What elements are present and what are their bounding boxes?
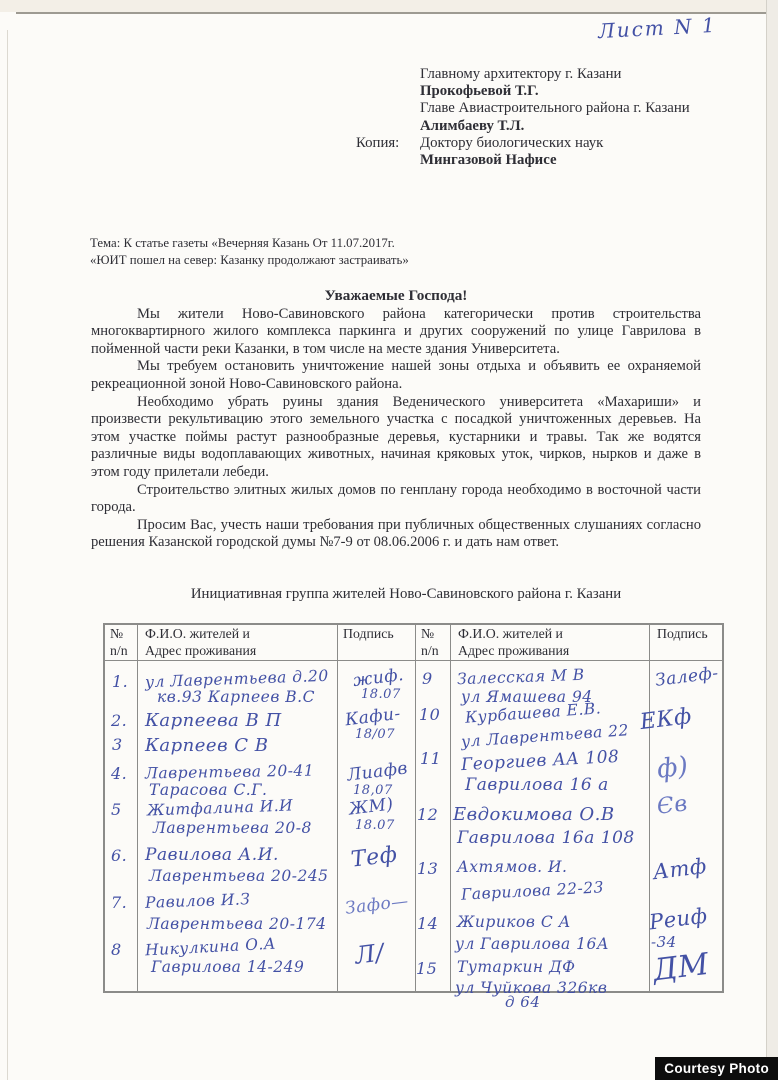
- header-sign-right: Подпись: [657, 626, 708, 643]
- header-num-left: № n/n: [110, 626, 128, 659]
- scan-edge-line: [16, 12, 778, 14]
- signature-date: 18/07: [355, 727, 395, 742]
- salutation: Уважаемые Господа!: [91, 287, 701, 305]
- row-address: Лаврентьева 20-245: [149, 867, 329, 885]
- paragraph-5: Просим Вас, учесть наши требования при п…: [91, 517, 701, 552]
- row-address: кв.93 Карпеев В.С: [157, 688, 315, 706]
- table-column-line: [649, 625, 650, 991]
- scan-edge-top: [0, 0, 778, 12]
- row-number: 10: [419, 705, 440, 724]
- row-name: Лаврентьева 20-41: [145, 762, 314, 783]
- copy-recipient: Доктору биологических наук: [420, 135, 603, 151]
- header-sign-left: Подпись: [343, 626, 394, 643]
- row-name: Ахтямов. И.: [457, 858, 567, 876]
- row-number: 2.: [111, 711, 127, 730]
- row-number: 4.: [111, 764, 127, 783]
- row-signature: Атф: [652, 854, 708, 884]
- signature-date: 18.07: [361, 687, 401, 702]
- row-name: Карпеева В П: [145, 710, 282, 731]
- paragraph-3: Необходимо убрать руины здания Веденичес…: [91, 394, 701, 482]
- recipient-name: Алимбаеву Т.Л.: [420, 118, 690, 135]
- row-signature: Залеф-: [654, 663, 720, 691]
- row-name: Жириков С А: [457, 913, 571, 931]
- row-number: 6.: [111, 846, 127, 865]
- signature-note: -34: [651, 933, 677, 951]
- scan-edge-right: [766, 0, 778, 1080]
- recipient-line: Главе Авиастроительного района г. Казани: [420, 100, 690, 117]
- row-name: Тутаркин ДФ: [457, 958, 576, 976]
- row-number: 9: [422, 669, 433, 688]
- paragraph-1: Мы жители Ново-Савиновского района катег…: [91, 306, 701, 359]
- header-num-right: № n/n: [421, 626, 439, 659]
- table-column-line: [450, 625, 451, 991]
- row-number: 12: [417, 805, 438, 824]
- addressee-block: Главному архитектору г. Казани Прокофьев…: [420, 66, 690, 169]
- row-name: Евдокимова О.В: [453, 804, 615, 825]
- recipient-line: Главному архитектору г. Казани: [420, 66, 690, 83]
- row-number: 5: [111, 800, 122, 819]
- row-signature: ЕКф: [639, 704, 693, 735]
- header-fio-left: Ф.И.О. жителей и Адрес проживания: [145, 626, 256, 659]
- row-name: Никулкина О.А: [145, 935, 277, 960]
- recipient-name: Прокофьевой Т.Г.: [420, 83, 690, 100]
- row-name: Равилов И.З: [145, 890, 251, 912]
- subject-line-2: «ЮИТ пошел на север: Казанку продолжают …: [90, 252, 409, 269]
- row-address: ул Лаврентьева 22: [461, 721, 630, 751]
- table-title: Инициативная группа жителей Ново-Савинов…: [91, 586, 721, 603]
- below-table-note: д 64: [505, 993, 540, 1011]
- handwritten-sheet-number: Лист N 1: [597, 13, 717, 43]
- row-number: 15: [416, 959, 437, 978]
- scanned-letter-page: Лист N 1 Главному архитектору г. Казани …: [0, 0, 778, 1080]
- row-address: Гаврилова 16 а: [465, 775, 609, 795]
- recipient-name: Мингазовой Нафисе: [420, 152, 690, 169]
- header-fio-right: Ф.И.О. жителей и Адрес проживания: [458, 626, 569, 659]
- row-name: Равилова А.И.: [145, 845, 279, 865]
- row-number: 11: [420, 749, 441, 768]
- table-column-line: [415, 625, 416, 991]
- row-signature: Зафо—: [344, 891, 410, 919]
- courtesy-photo-watermark: Courtesy Photo: [655, 1057, 778, 1080]
- row-name: Георгиев АА 108: [461, 747, 620, 775]
- row-signature: ЖМ): [348, 794, 395, 819]
- table-header-line: [105, 660, 722, 661]
- row-address: Гаврилова 14-249: [151, 958, 304, 976]
- table-column-line: [337, 625, 338, 991]
- row-address: Лаврентьева 20-174: [147, 915, 327, 933]
- subject-line-1: Тема: К статье газеты «Вечерняя Казань О…: [90, 235, 409, 252]
- table-column-line: [137, 625, 138, 991]
- row-address: Тарасова С.Г.: [149, 781, 267, 799]
- row-signature: Єв: [656, 791, 689, 820]
- copy-label: Копия:: [356, 135, 399, 152]
- row-number: 8: [111, 940, 122, 959]
- letter-body: Уважаемые Господа! Мы жители Ново-Савино…: [91, 287, 701, 552]
- subject-block: Тема: К статье газеты «Вечерняя Казань О…: [90, 235, 409, 268]
- row-signature: ДМ: [651, 947, 711, 989]
- row-name: Житфалина И.И: [147, 796, 294, 819]
- scan-edge-left: [7, 30, 8, 1080]
- row-signature: ф): [655, 751, 690, 785]
- row-signature: Лиафв: [346, 758, 409, 785]
- row-name: Залесская М В: [457, 666, 585, 688]
- row-number: 3: [112, 735, 123, 754]
- signature-table: № n/n Ф.И.О. жителей и Адрес проживания …: [103, 623, 724, 993]
- row-address: Гаврилова 22-23: [461, 878, 605, 903]
- row-signature: Теф: [350, 842, 399, 872]
- copy-line: Копия: Доктору биологических наук: [420, 135, 690, 152]
- row-address: Гаврилова 16а 108: [457, 828, 635, 848]
- row-signature: Реиф: [648, 904, 709, 935]
- row-number: 14: [417, 914, 438, 933]
- signature-date: 18.07: [355, 818, 395, 833]
- row-number: 13: [417, 859, 438, 878]
- row-name: Карпеев С В: [145, 735, 269, 756]
- paragraph-4: Строительство элитных жилых домов по ген…: [91, 482, 701, 517]
- paragraph-2: Мы требуем остановить уничтожение нашей …: [91, 358, 701, 393]
- row-address: Лаврентьева 20-8: [153, 819, 312, 837]
- row-number: 7.: [111, 893, 127, 912]
- row-number: 1.: [112, 672, 128, 691]
- row-address: ул Гаврилова 16А: [455, 935, 609, 953]
- row-signature: Л/: [353, 938, 385, 969]
